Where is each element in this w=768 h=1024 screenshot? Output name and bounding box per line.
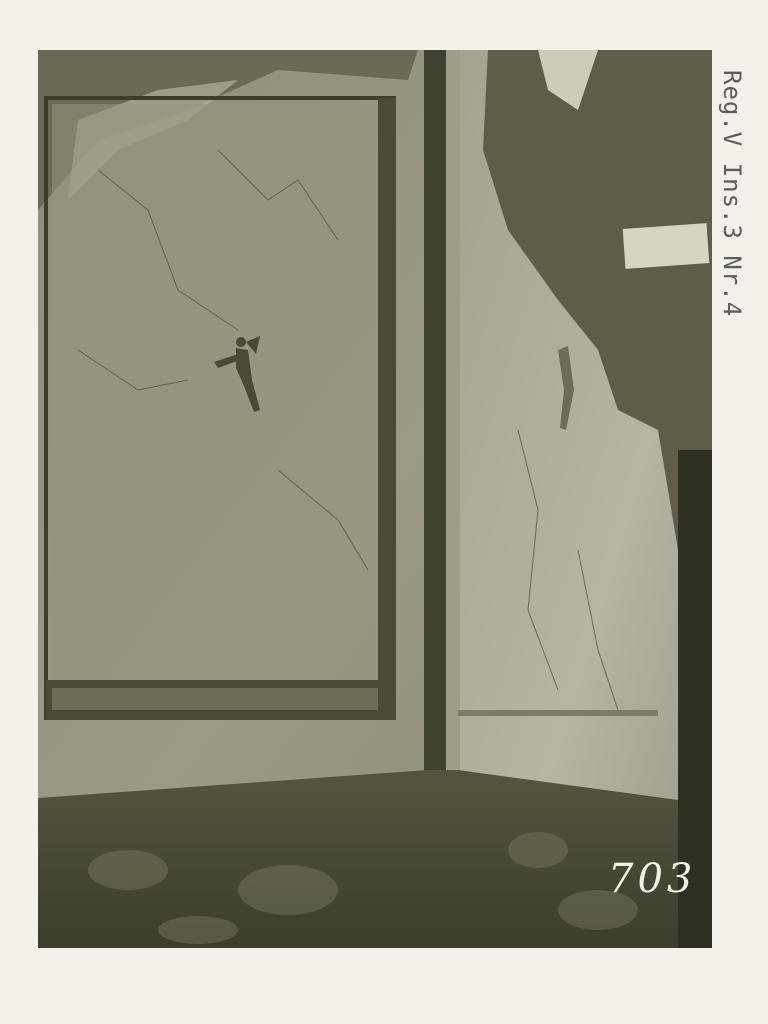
- fresco-wall-image: [38, 50, 712, 948]
- handwritten-photo-number: 703: [608, 856, 696, 902]
- archival-photograph: [38, 50, 712, 948]
- label-text: Reg.V Ins.3 Nr.4: [718, 70, 746, 317]
- photo-card: Reg.V Ins.3 Nr.4 703: [0, 0, 768, 1024]
- typed-location-label: Reg.V Ins.3 Nr.4: [714, 70, 750, 450]
